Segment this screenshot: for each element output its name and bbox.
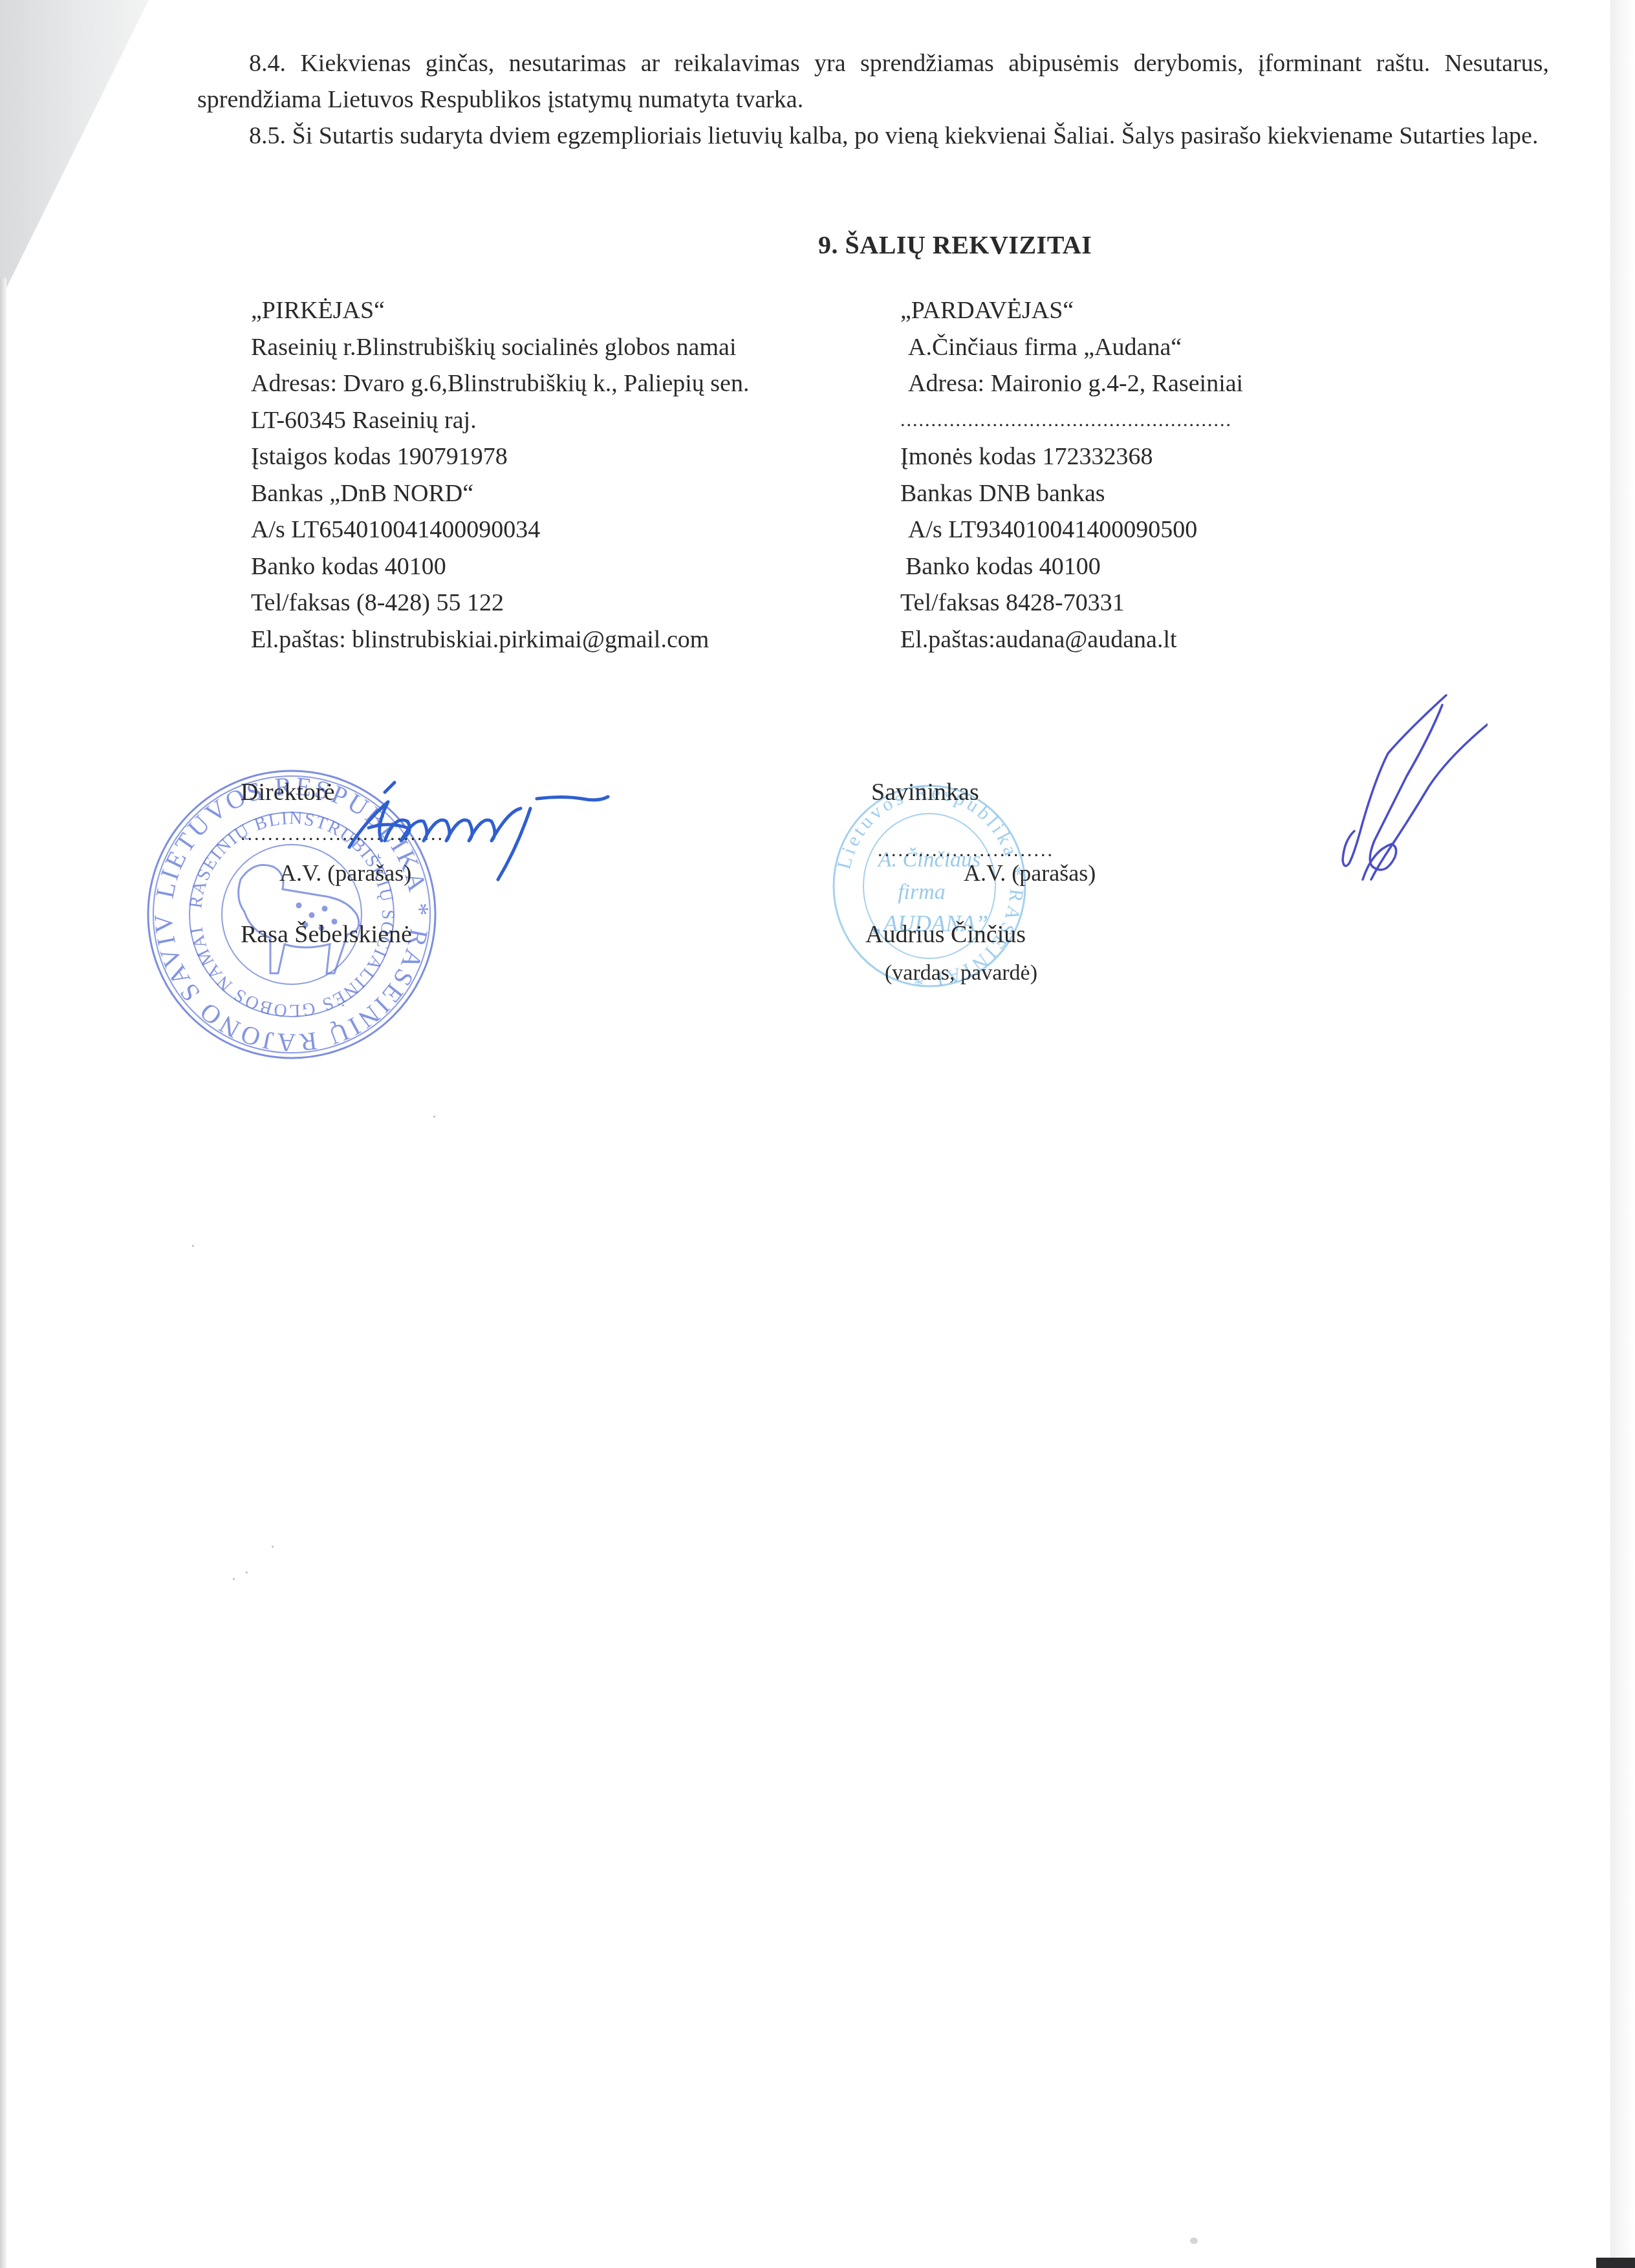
buyer-name: Raseinių r.Blinstrubiškių socialinės glo… <box>251 329 749 366</box>
paragraph-8-4: 8.4. Kiekvienas ginčas, nesutarimas ar r… <box>197 45 1549 118</box>
signer-left-title: Direktorė <box>241 776 335 808</box>
seller-account: A/s LT934010041400090500 <box>900 512 1243 548</box>
signer-left-name: Rasa Šebelskienė <box>241 918 412 951</box>
seal-stamp-left: LIETUVOS RESPUBLIKA * RASEINIŲ RAJONO SA… <box>144 766 440 1063</box>
scan-speck <box>192 1245 194 1247</box>
scan-edge-left <box>0 278 6 2268</box>
scan-shadow-left <box>0 0 149 304</box>
scan-corner <box>1596 2258 1635 2268</box>
buyer-bank: Bankas „DnB NORD“ <box>251 475 749 512</box>
scan-edge-right <box>1610 0 1635 2268</box>
buyer-account: A/s LT654010041400090034 <box>251 512 749 548</box>
scan-speck <box>233 1578 235 1580</box>
seller-address: Adresa: Maironio g.4-2, Raseiniai <box>900 365 1243 402</box>
buyer-postal: LT-60345 Raseinių raj. <box>251 402 749 439</box>
stamp-right-line-2: firma <box>898 880 946 904</box>
scan-speck <box>1190 2238 1198 2244</box>
signer-right-name-hint: (vardas, pavardė) <box>885 957 1037 989</box>
seller-role: „PARDAVĖJAS“ <box>900 292 1243 329</box>
signature-line-left: ............................... <box>241 818 451 850</box>
scan-speck <box>272 1546 274 1548</box>
buyer-phone: Tel/faksas (8-428) 55 122 <box>251 585 749 621</box>
buyer-code: Įstaigos kodas 190791978 <box>251 438 749 475</box>
section-heading: 9. ŠALIŲ REKVIZITAI <box>818 230 1092 260</box>
buyer-role: „PIRKĖJAS“ <box>251 292 749 329</box>
seller-details: „PARDAVĖJAS“ A.Činčiaus firma „Audana“ A… <box>900 292 1243 658</box>
buyer-email: El.paštas: blinstrubiskiai.pirkimai@gmai… <box>251 621 749 658</box>
seller-bank-code: Banko kodas 40100 <box>900 548 1243 585</box>
signature-label-left: A.V. (parašas) <box>279 857 411 889</box>
seller-bank: Bankas DNB bankas <box>900 475 1243 512</box>
seller-code: Įmonės kodas 172332368 <box>900 438 1243 475</box>
svg-text:LIETUVOS RESPUBLIKA * RASEINIŲ: LIETUVOS RESPUBLIKA * RASEINIŲ RAJONO SA… <box>144 766 435 1058</box>
signer-right-name: Audrius Činčius <box>865 918 1026 951</box>
seller-email: El.paštas:audana@audana.lt <box>900 621 1243 658</box>
signature-label-right: A.V. (parašas) <box>964 857 1096 889</box>
seller-phone: Tel/faksas 8428-70331 <box>900 585 1243 621</box>
signer-right-title: Savininkas <box>871 776 979 808</box>
paragraph-8-5: 8.5. Ši Sutartis sudaryta dviem egzempli… <box>197 118 1549 154</box>
buyer-bank-code: Banko kodas 40100 <box>251 548 749 585</box>
buyer-address: Adresas: Dvaro g.6,Blinstrubiškių k., Pa… <box>251 365 749 402</box>
scan-speck <box>433 1116 435 1118</box>
stamp-left-outer-text: LIETUVOS RESPUBLIKA * RASEINIŲ RAJONO SA… <box>144 766 435 1058</box>
buyer-details: „PIRKĖJAS“ Raseinių r.Blinstrubiškių soc… <box>251 292 749 658</box>
scan-speck <box>246 1571 248 1573</box>
seller-blank-line: ........................................… <box>900 402 1243 439</box>
seller-name: A.Činčiaus firma „Audana“ <box>900 329 1243 366</box>
